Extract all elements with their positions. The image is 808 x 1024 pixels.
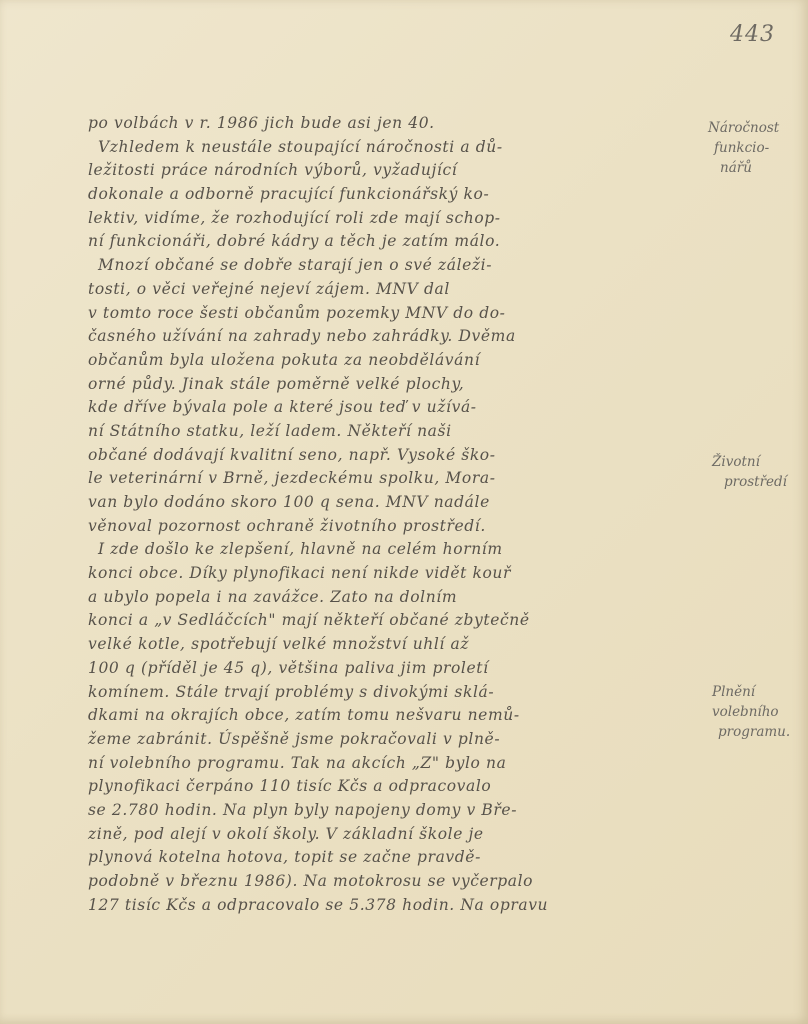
text-line: občanům byla uložena pokuta za neobděláv…: [88, 349, 708, 373]
text-line: tosti, o věci veřejné nejeví zájem. MNV …: [88, 278, 708, 302]
text-line: po volbách v r. 1986 jich bude asi jen 4…: [88, 112, 708, 136]
margin-note-line: Náročnost: [708, 118, 808, 138]
margin-note-zivotni-prostredi: Životní prostředí: [712, 452, 808, 492]
text-line: van bylo dodáno skoro 100 q sena. MNV na…: [88, 491, 708, 515]
margin-note-funkcionari: Náročnost funkcio- nářů: [708, 118, 808, 178]
text-line: časného užívání na zahrady nebo zahrádky…: [88, 325, 708, 349]
text-line: dokonale a odborně pracující funkcionářs…: [88, 183, 708, 207]
text-line: le veterinární v Brně, jezdeckému spolku…: [88, 467, 708, 491]
text-line: I zde došlo ke zlepšení, hlavně na celém…: [88, 538, 708, 562]
text-line: se 2.780 hodin. Na plyn byly napojeny do…: [88, 799, 708, 823]
margin-note-line: volebního: [706, 702, 806, 722]
text-line: 100 q (příděl je 45 q), většina paliva j…: [88, 657, 708, 681]
text-line: v tomto roce šesti občanům pozemky MNV d…: [88, 302, 708, 326]
text-line: konci a „v Sedláčcích" mají někteří obča…: [88, 609, 708, 633]
margin-note-line: programu.: [706, 722, 806, 742]
text-line: podobně v březnu 1986). Na motokrosu se …: [88, 870, 708, 894]
text-line: 127 tisíc Kčs a odpracovalo se 5.378 hod…: [88, 894, 708, 918]
text-line: dkami na okrajích obce, zatím tomu nešva…: [88, 704, 708, 728]
text-line: Vzhledem k neustále stoupající náročnost…: [88, 136, 708, 160]
text-line: konci obce. Díky plynofikaci není nikde …: [88, 562, 708, 586]
handwritten-body-text: po volbách v r. 1986 jich bude asi jen 4…: [88, 112, 708, 917]
text-line: Mnozí občané se dobře starají jen o své …: [88, 254, 708, 278]
manuscript-page: 443 po volbách v r. 1986 jich bude asi j…: [0, 0, 808, 1024]
text-line: ní volebního programu. Tak na akcích „Z"…: [88, 752, 708, 776]
text-line: občané dodávají kvalitní seno, např. Vys…: [88, 444, 708, 468]
text-line: plynová kotelna hotova, topit se začne p…: [88, 846, 708, 870]
margin-note-line: prostředí: [712, 472, 808, 492]
text-line: a ubylo popela i na zavážce. Zato na dol…: [88, 586, 708, 610]
text-line: věnoval pozornost ochraně životního pros…: [88, 515, 708, 539]
margin-note-line: Plnění: [706, 682, 806, 702]
text-line: komínem. Stále trvají problémy s divokým…: [88, 681, 708, 705]
text-line: plynofikaci čerpáno 110 tisíc Kčs a odpr…: [88, 775, 708, 799]
text-line: zině, pod alejí v okolí školy. V základn…: [88, 823, 708, 847]
text-line: velké kotle, spotřebují velké množství u…: [88, 633, 708, 657]
margin-note-volebni-program: Plnění volebního programu.: [706, 682, 806, 742]
text-line: kde dříve bývala pole a které jsou teď v…: [88, 396, 708, 420]
text-line: ní funkcionáři, dobré kádry a těch je za…: [88, 230, 708, 254]
text-line: lektiv, vidíme, že rozhodující roli zde …: [88, 207, 708, 231]
text-line: žeme zabránit. Úspěšně jsme pokračovali …: [88, 728, 708, 752]
text-line: ležitosti práce národních výborů, vyžadu…: [88, 159, 708, 183]
margin-note-line: nářů: [708, 158, 808, 178]
margin-note-line: funkcio-: [708, 138, 808, 158]
text-line: ní Státního statku, leží ladem. Někteří …: [88, 420, 708, 444]
page-number: 443: [730, 22, 775, 47]
margin-note-line: Životní: [712, 452, 808, 472]
text-line: orné půdy. Jinak stále poměrně velké plo…: [88, 373, 708, 397]
